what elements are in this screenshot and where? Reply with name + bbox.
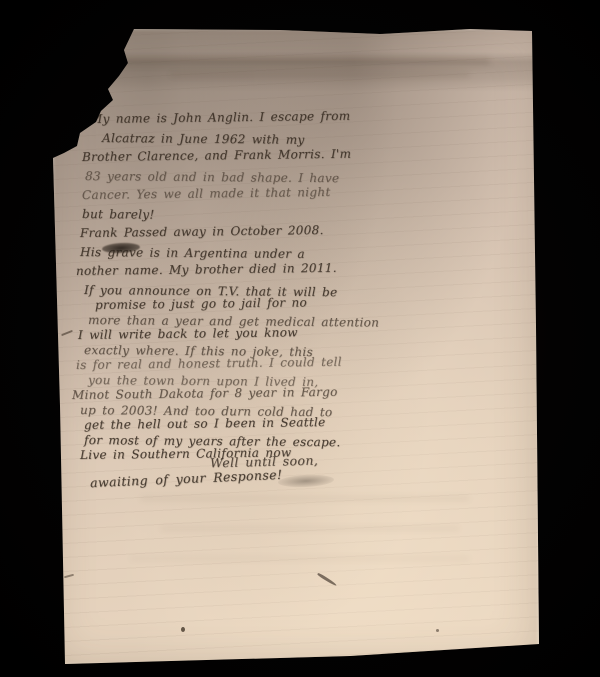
handwritten-line: promise to just go to jail for no [95,294,422,313]
letter-body-text: My name is John Anglin. I escape from Al… [72,112,422,463]
handwritten-line: I will write back to let you know [78,324,422,343]
letter-paper: My name is John Anglin. I escape from Al… [50,26,540,666]
handwritten-line: Frank Passed away in October 2008. [80,222,422,245]
handwritten-line: is for real and honest truth. I could te… [76,354,422,373]
paper-speck [181,627,185,632]
ink-bleedthrough-smudge [130,556,470,561]
handwritten-line: Minot South Dakota for 8 year in Fargo [72,384,422,403]
stray-pen-mark [317,572,337,586]
ink-bleedthrough-smudge [170,72,470,77]
paper-speck [436,629,439,632]
stray-pen-mark [64,574,74,579]
handwritten-line: nother name. My brother died in 2011. [76,260,422,283]
ink-bleedthrough-smudge [140,496,470,501]
handwritten-line: My name is John Anglin. I escape from [90,108,422,131]
ink-blot-over-signature [278,474,335,489]
handwritten-line: Brother Clarence, and Frank Morris. I'm [82,146,422,169]
ink-bleedthrough-smudge [110,58,490,65]
signature-line: awaiting of your Response! [90,467,283,490]
handwritten-line: Cancer. Yes we all made it that night [82,184,422,207]
ink-bleedthrough-smudge [160,526,460,531]
handwritten-line: get the hell out so I been in Seattle [84,414,422,433]
photo-background: My name is John Anglin. I escape from Al… [0,0,600,677]
